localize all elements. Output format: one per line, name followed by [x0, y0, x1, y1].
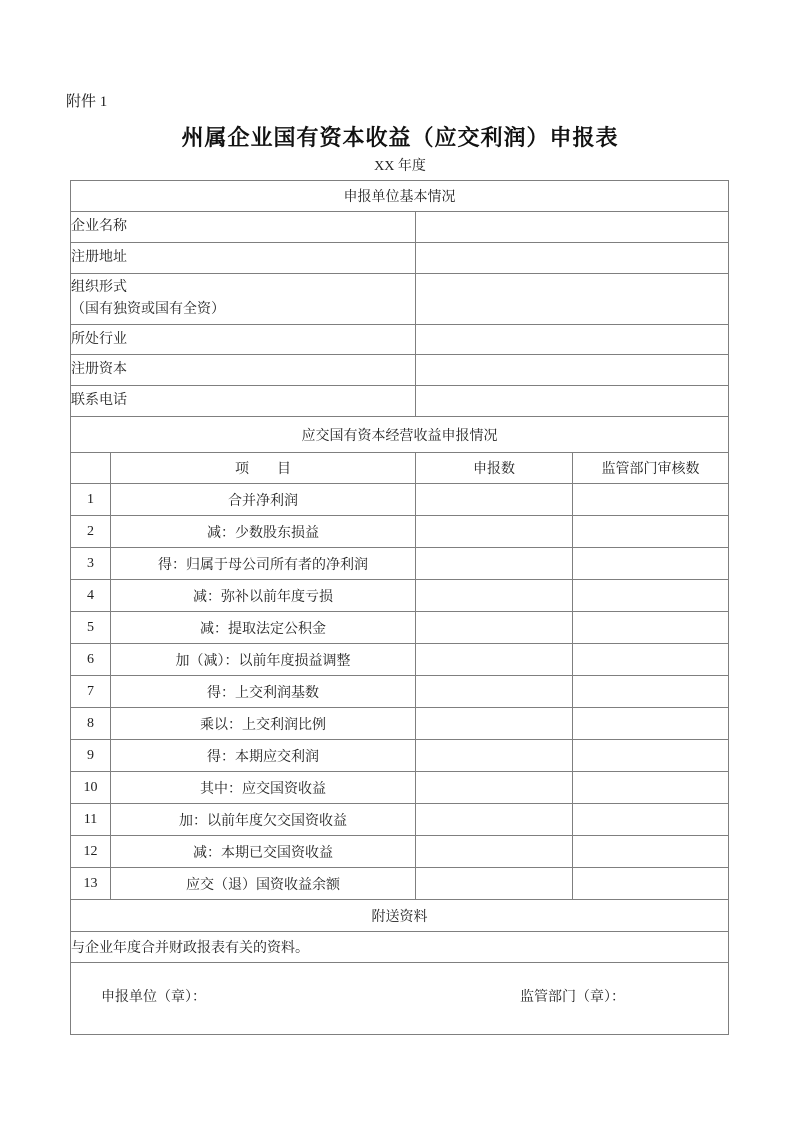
item-number: 13	[71, 868, 111, 900]
attachments-section-header: 附送资料	[71, 900, 729, 932]
declaration-form-table: 申报单位基本情况 企业名称 注册地址 组织形式 （国有独资或国有全资） 所处行业…	[70, 180, 729, 1035]
basic-info-label: 企业名称	[71, 212, 416, 243]
item-number: 10	[71, 772, 111, 804]
verified-value-cell[interactable]	[573, 548, 729, 580]
verified-value-cell[interactable]	[573, 484, 729, 516]
declaration-section-row: 应交国有资本经营收益申报情况	[71, 417, 729, 453]
declared-value-cell[interactable]	[416, 676, 573, 708]
verified-value-cell[interactable]	[573, 740, 729, 772]
table-row: 6 加（减）：以前年度损益调整	[71, 644, 729, 676]
verified-value-cell[interactable]	[573, 644, 729, 676]
declared-value-cell[interactable]	[416, 836, 573, 868]
attachment-label: 附件 1	[66, 90, 800, 111]
basic-info-value-cell[interactable]	[416, 212, 729, 243]
declared-value-cell[interactable]	[416, 708, 573, 740]
basic-info-row: 注册资本	[71, 355, 729, 386]
table-row: 13 应交（退）国资收益余额	[71, 868, 729, 900]
attachments-section-row: 附送资料	[71, 900, 729, 932]
item-label: 乘以：上交利润比例	[111, 708, 416, 740]
verified-value-cell[interactable]	[573, 772, 729, 804]
declared-value-cell[interactable]	[416, 868, 573, 900]
item-number: 9	[71, 740, 111, 772]
declared-value-cell[interactable]	[416, 772, 573, 804]
declared-value-cell[interactable]	[416, 516, 573, 548]
item-label: 减：本期已交国资收益	[111, 836, 416, 868]
basic-info-section-row: 申报单位基本情况	[71, 181, 729, 212]
basic-info-value-cell[interactable]	[416, 243, 729, 274]
table-row: 12 减：本期已交国资收益	[71, 836, 729, 868]
item-number: 3	[71, 548, 111, 580]
basic-info-label: 注册地址	[71, 243, 416, 274]
verified-value-cell[interactable]	[573, 516, 729, 548]
basic-info-value-cell[interactable]	[416, 355, 729, 386]
table-row: 11 加：以前年度欠交国资收益	[71, 804, 729, 836]
verified-value-cell[interactable]	[573, 580, 729, 612]
document-title: 州属企业国有资本收益（应交利润）申报表	[0, 121, 800, 152]
verified-value-cell[interactable]	[573, 804, 729, 836]
table-row: 5 减：提取法定公积金	[71, 612, 729, 644]
basic-info-value-cell[interactable]	[416, 325, 729, 355]
basic-info-row: 所处行业	[71, 325, 729, 355]
declared-value-cell[interactable]	[416, 804, 573, 836]
basic-info-label: 注册资本	[71, 355, 416, 386]
supervisor-seal-label: 监管部门（章）：	[520, 986, 625, 1006]
item-number: 2	[71, 516, 111, 548]
declared-value-cell[interactable]	[416, 580, 573, 612]
basic-info-label: 所处行业	[71, 325, 416, 355]
item-label: 合并净利润	[111, 484, 416, 516]
table-row: 3 得：归属于母公司所有者的净利润	[71, 548, 729, 580]
items-header-row: 项 目 申报数 监管部门审核数	[71, 453, 729, 484]
table-row: 4 减：弥补以前年度亏损	[71, 580, 729, 612]
item-label: 得：本期应交利润	[111, 740, 416, 772]
basic-info-label: 组织形式 （国有独资或国有全资）	[71, 274, 416, 325]
item-number: 7	[71, 676, 111, 708]
signature-line: 申报单位（章）： 监管部门（章）：	[71, 963, 728, 1034]
item-label: 得：上交利润基数	[111, 676, 416, 708]
declared-value-cell[interactable]	[416, 484, 573, 516]
declared-value-cell[interactable]	[416, 740, 573, 772]
basic-info-label-main: 组织形式	[71, 277, 415, 299]
year-label: XX 年度	[0, 155, 800, 175]
verified-value-cell[interactable]	[573, 676, 729, 708]
declared-value-cell[interactable]	[416, 644, 573, 676]
table-row: 9 得：本期应交利润	[71, 740, 729, 772]
declarer-seal-label: 申报单位（章）：	[101, 986, 206, 1006]
basic-info-label: 联系电话	[71, 386, 416, 417]
signature-row: 申报单位（章）： 监管部门（章）：	[71, 963, 729, 1035]
item-number: 6	[71, 644, 111, 676]
item-label: 减：少数股东损益	[111, 516, 416, 548]
basic-info-label-sub: （国有独资或国有全资）	[71, 299, 415, 321]
basic-info-value-cell[interactable]	[416, 386, 729, 417]
verified-value-cell[interactable]	[573, 836, 729, 868]
basic-info-value-cell[interactable]	[416, 274, 729, 325]
item-label: 得：归属于母公司所有者的净利润	[111, 548, 416, 580]
item-label: 减：弥补以前年度亏损	[111, 580, 416, 612]
item-number: 11	[71, 804, 111, 836]
item-label: 加：以前年度欠交国资收益	[111, 804, 416, 836]
basic-info-row: 组织形式 （国有独资或国有全资）	[71, 274, 729, 325]
table-row: 10 其中：应交国资收益	[71, 772, 729, 804]
verified-value-cell[interactable]	[573, 868, 729, 900]
signature-cell: 申报单位（章）： 监管部门（章）：	[71, 963, 729, 1035]
attachments-note-row: 与企业年度合并财政报表有关的资料。	[71, 932, 729, 963]
column-header-verified: 监管部门审核数	[573, 453, 729, 484]
basic-info-row: 企业名称	[71, 212, 729, 243]
item-number: 8	[71, 708, 111, 740]
item-number: 5	[71, 612, 111, 644]
declared-value-cell[interactable]	[416, 612, 573, 644]
table-row: 8 乘以：上交利润比例	[71, 708, 729, 740]
table-row: 1 合并净利润	[71, 484, 729, 516]
verified-value-cell[interactable]	[573, 708, 729, 740]
verified-value-cell[interactable]	[573, 612, 729, 644]
declared-value-cell[interactable]	[416, 548, 573, 580]
basic-info-row: 联系电话	[71, 386, 729, 417]
attachments-note: 与企业年度合并财政报表有关的资料。	[71, 932, 729, 963]
item-label: 加（减）：以前年度损益调整	[111, 644, 416, 676]
document-page: 附件 1 州属企业国有资本收益（应交利润）申报表 XX 年度 申报单位基本情况 …	[0, 0, 800, 1131]
column-header-declared: 申报数	[416, 453, 573, 484]
table-row: 2 减：少数股东损益	[71, 516, 729, 548]
basic-info-row: 注册地址	[71, 243, 729, 274]
item-label: 应交（退）国资收益余额	[111, 868, 416, 900]
table-row: 7 得：上交利润基数	[71, 676, 729, 708]
item-number: 12	[71, 836, 111, 868]
item-number: 1	[71, 484, 111, 516]
column-header-item: 项 目	[111, 453, 416, 484]
basic-info-section-header: 申报单位基本情况	[71, 181, 729, 212]
item-label: 其中：应交国资收益	[111, 772, 416, 804]
item-number-column-header	[71, 453, 111, 484]
item-label: 减：提取法定公积金	[111, 612, 416, 644]
item-number: 4	[71, 580, 111, 612]
declaration-section-header: 应交国有资本经营收益申报情况	[71, 417, 729, 453]
